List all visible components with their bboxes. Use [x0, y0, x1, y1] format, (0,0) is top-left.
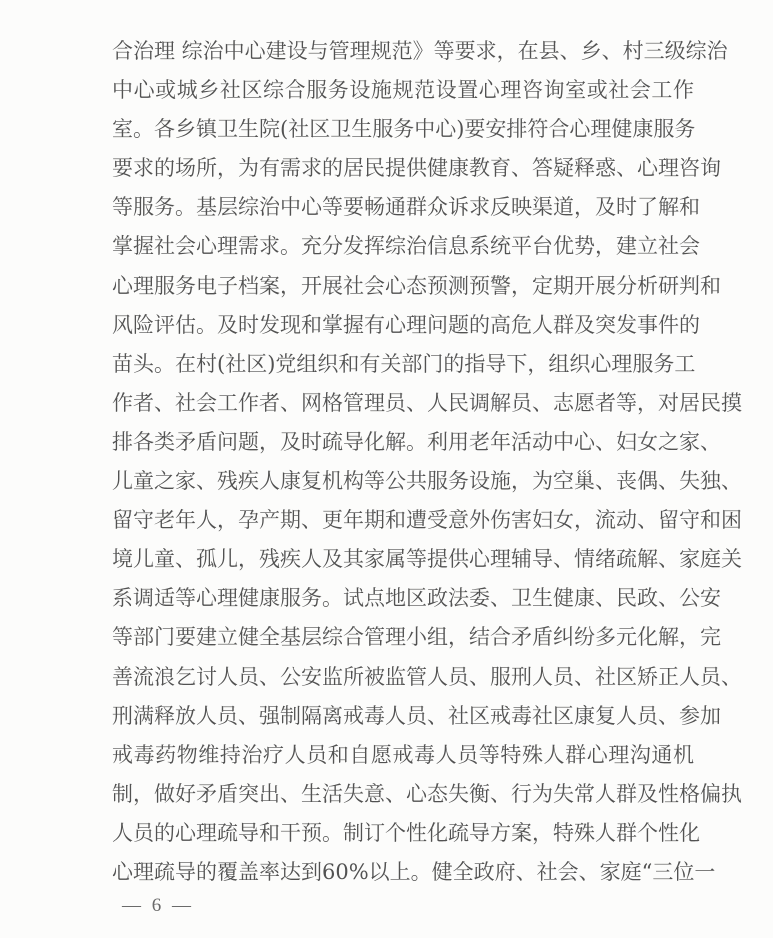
- text-line: 制，做好矛盾突出、生活失意、心态失衡、行为失常人群及性格偏执: [112, 775, 694, 814]
- text-line: 儿童之家、残疾人康复机构等公共服务设施，为空巢、丧偶、失独、: [112, 462, 694, 501]
- text-line: 风险评估。及时发现和掌握有心理问题的高危人群及突发事件的: [112, 306, 694, 345]
- text-line: 等部门要建立健全基层综合管理小组，结合矛盾纠纷多元化解，完: [112, 618, 694, 657]
- text-line: 作者、社会工作者、网格管理员、人民调解员、志愿者等，对居民摸: [112, 384, 694, 423]
- text-line: 排各类矛盾问题，及时疏导化解。利用老年活动中心、妇女之家、: [112, 423, 694, 462]
- text-line: 戒毒药物维持治疗人员和自愿戒毒人员等特殊人群心理沟通机: [112, 736, 694, 775]
- body-text: 合治理 综治中心建设与管理规范》等要求，在县、乡、村三级综治 中心或城乡社区综合…: [112, 32, 694, 892]
- text-line: 等服务。基层综治中心等要畅通群众诉求反映渠道，及时了解和: [112, 188, 694, 227]
- document-page: 合治理 综治中心建设与管理规范》等要求，在县、乡、村三级综治 中心或城乡社区综合…: [0, 0, 773, 938]
- text-line: 心理疏导的覆盖率达到60%以上。健全政府、社会、家庭“三位一: [112, 853, 694, 892]
- text-line: 苗头。在村(社区)党组织和有关部门的指导下，组织心理服务工: [112, 345, 694, 384]
- text-line: 留守老年人，孕产期、更年期和遭受意外伤害妇女，流动、留守和困: [112, 501, 694, 540]
- text-line: 刑满释放人员、强制隔离戒毒人员、社区戒毒社区康复人员、参加: [112, 697, 694, 736]
- text-line: 中心或城乡社区综合服务设施规范设置心理咨询室或社会工作: [112, 71, 694, 110]
- text-line: 室。各乡镇卫生院(社区卫生服务中心)要安排符合心理健康服务: [112, 110, 694, 149]
- text-line: 善流浪乞讨人员、公安监所被监管人员、服刑人员、社区矫正人员、: [112, 658, 694, 697]
- text-line: 要求的场所，为有需求的居民提供健康教育、答疑释惑、心理咨询: [112, 149, 694, 188]
- text-line: 心理服务电子档案，开展社会心态预测预警，定期开展分析研判和: [112, 267, 694, 306]
- text-line: 人员的心理疏导和干预。制订个性化疏导方案，特殊人群个性化: [112, 814, 694, 853]
- text-line: 境儿童、孤儿，残疾人及其家属等提供心理辅导、情绪疏解、家庭关: [112, 540, 694, 579]
- text-line: 合治理 综治中心建设与管理规范》等要求，在县、乡、村三级综治: [112, 32, 694, 71]
- page-number: — 6 —: [122, 895, 194, 917]
- text-line: 掌握社会心理需求。充分发挥综治信息系统平台优势，建立社会: [112, 227, 694, 266]
- text-line: 系调适等心理健康服务。试点地区政法委、卫生健康、民政、公安: [112, 579, 694, 618]
